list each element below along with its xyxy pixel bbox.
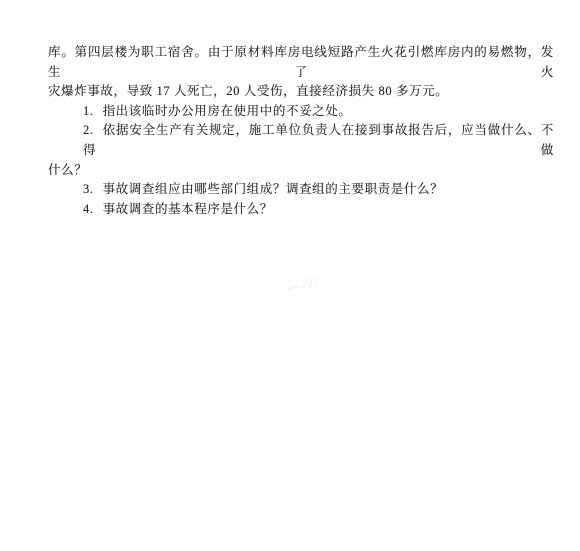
document-text-block: 库。第四层楼为职工宿舍。由于原材料库房电线短路产生火花引燃库房内的易燃物，发生了…: [48, 43, 554, 219]
scanned-document-page: 库。第四层楼为职工宿舍。由于原材料库房电线短路产生火花引燃库房内的易燃物，发生了…: [0, 0, 580, 551]
line-text: 事故调查组应由哪些部门组成？调查组的主要职责是什么？: [103, 182, 444, 196]
line-text: 指出该临时办公用房在使用中的不妥之处。: [103, 104, 352, 118]
line-number: 4.: [83, 202, 94, 216]
question-line-4: 4.事故调查的基本程序是什么？: [48, 200, 554, 220]
line-text: 什么？: [48, 163, 87, 177]
line-number: 3.: [83, 182, 94, 196]
question-line-3: 3.事故调查组应由哪些部门组成？调查组的主要职责是什么？: [48, 180, 554, 200]
line-text: 事故调查的基本程序是什么？: [103, 202, 273, 216]
line-number: 2.: [83, 123, 94, 137]
line-text: 灾爆炸事故，导致 17 人死亡，20 人受伤，直接经济损失 80 多万元。: [48, 84, 448, 98]
question-line-1: 1.指出该临时办公用房在使用中的不妥之处。: [48, 102, 554, 122]
question-line-2-continuation: 什么？: [48, 161, 554, 181]
text-line: 库。第四层楼为职工宿舍。由于原材料库房电线短路产生火花引燃库房内的易燃物，发生了…: [48, 43, 554, 82]
line-text: 依据安全生产有关规定，施工单位负责人在接到事故报告后，应当做什么、不得做: [83, 123, 554, 157]
line-text: 库。第四层楼为职工宿舍。由于原材料库房电线短路产生火花引燃库房内的易燃物，发生了…: [48, 45, 554, 79]
line-number: 1.: [83, 104, 94, 118]
text-line: 灾爆炸事故，导致 17 人死亡，20 人受伤，直接经济损失 80 多万元。: [48, 82, 554, 102]
question-line-2: 2.依据安全生产有关规定，施工单位负责人在接到事故报告后，应当做什么、不得做: [48, 121, 554, 160]
scan-smudge-artifact: [284, 270, 322, 298]
